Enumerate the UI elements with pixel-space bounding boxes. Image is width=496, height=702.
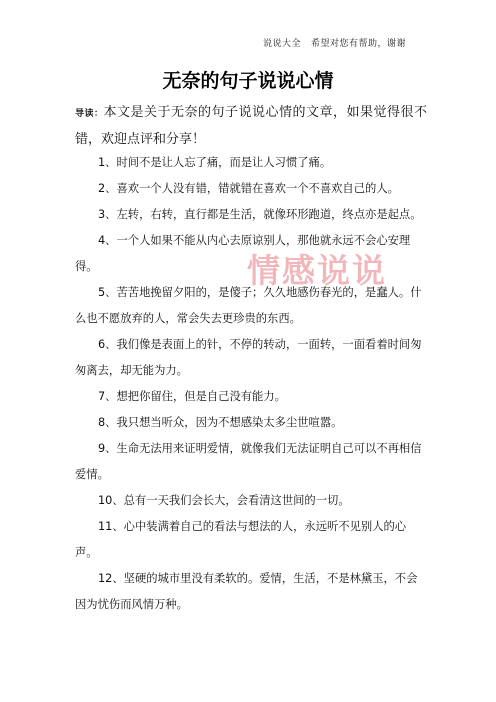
- quote-item: 9、生命无法用来证明爱情，就像我们无法证明自己可以不再相信爱情。: [75, 436, 425, 488]
- header-message: 希望对您有帮助，谢谢: [311, 39, 406, 49]
- quote-item: 1、时间不是让人忘了痛，而是让人习惯了痛。: [75, 150, 425, 176]
- page-title: 无奈的句子说说心情: [0, 66, 496, 93]
- quote-item: 10、总有一天我们会长大，会看清这世间的一切。: [75, 488, 425, 514]
- quote-item: 11、心中装满着自己的看法与想法的人，永远听不见别人的心声。: [75, 514, 425, 566]
- quote-item: 6、我们像是表面上的针，不停的转动，一面转，一面看着时间匆匆离去，却无能为力。: [75, 332, 425, 384]
- quote-item: 12、坚硬的城市里没有柔软的。爱情，生活，不是林黛玉，不会因为忧伤而风情万种。: [75, 566, 425, 618]
- quote-item: 8、我只想当听众，因为不想感染太多尘世喧嚣。: [75, 410, 425, 436]
- quote-item: 3、左转，右转，直行都是生活，就像环形跑道，终点亦是起点。: [75, 202, 425, 228]
- header-note: 说说大全希望对您有帮助，谢谢: [263, 36, 406, 49]
- quote-item: 4、一个人如果不能从内心去原谅别人，那他就永远不会心安理得。: [75, 228, 425, 280]
- intro-paragraph: 导读：本文是关于无奈的句子说说心情的文章，如果觉得很不错，欢迎点评和分享！: [75, 100, 427, 153]
- header-site-name: 说说大全: [263, 39, 301, 49]
- quote-list: 1、时间不是让人忘了痛，而是让人习惯了痛。 2、喜欢一个人没有错，错就错在喜欢一…: [75, 150, 425, 618]
- quote-item: 7、想把你留住，但是自己没有能力。: [75, 384, 425, 410]
- intro-label: 导读：: [75, 109, 104, 119]
- intro-text: 本文是关于无奈的句子说说心情的文章，如果觉得很不错，欢迎点评和分享！: [75, 105, 427, 147]
- quote-item: 2、喜欢一个人没有错，错就错在喜欢一个不喜欢自己的人。: [75, 176, 425, 202]
- quote-item: 5、苦苦地挽留夕阳的，是傻子；久久地感伤春光的，是蠢人。什么也不愿放弃的人，常会…: [75, 280, 425, 332]
